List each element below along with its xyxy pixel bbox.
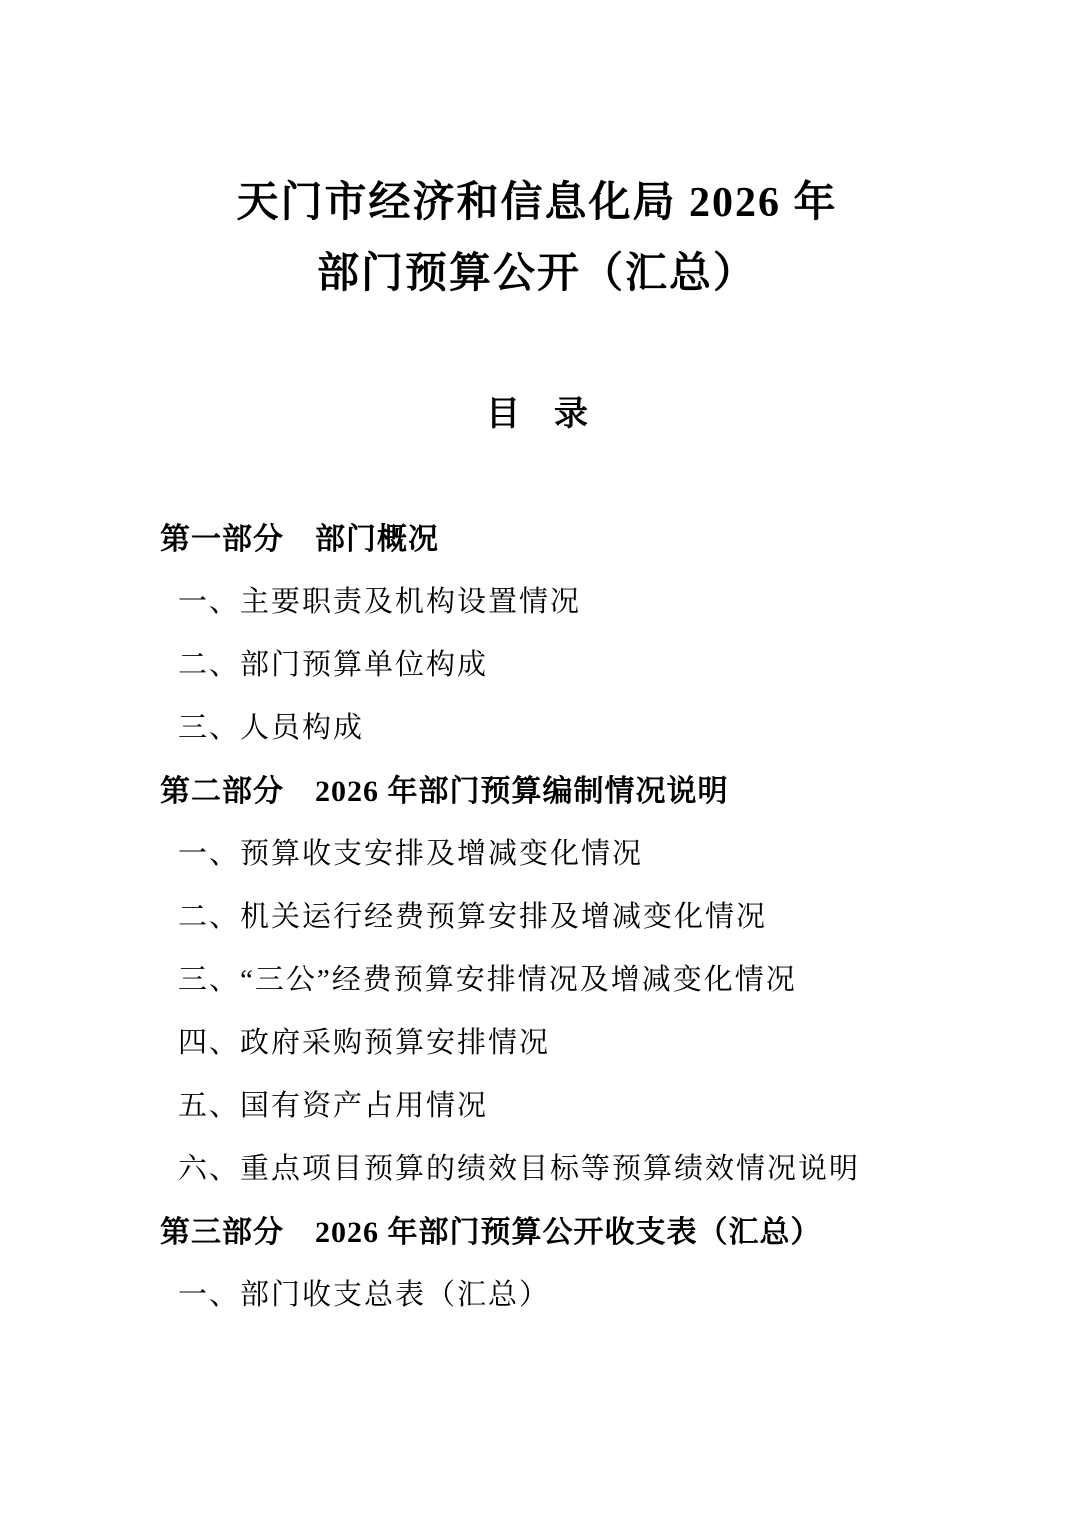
document-title-line1: 天门市经济和信息化局 2026 年 [0, 168, 1074, 239]
section-heading-1: 第一部分 部门概况 [160, 508, 1004, 571]
document-title: 天门市经济和信息化局 2026 年 部门预算公开（汇总） [0, 168, 1074, 310]
toc-item: 三、人员构成 [160, 697, 1004, 760]
toc-item: 一、主要职责及机构设置情况 [160, 571, 1004, 634]
section-heading-3: 第三部分 2026 年部门预算公开收支表（汇总） [160, 1201, 1004, 1264]
section-heading-2: 第二部分 2026 年部门预算编制情况说明 [160, 760, 1004, 823]
toc-item: 一、部门收支总表（汇总） [160, 1264, 1004, 1327]
document-title-line2: 部门预算公开（汇总） [0, 239, 1074, 310]
toc-item: 二、机关运行经费预算安排及增减变化情况 [160, 886, 1004, 949]
toc-item: 五、国有资产占用情况 [160, 1075, 1004, 1138]
toc-item: 二、部门预算单位构成 [160, 634, 1004, 697]
toc-sections: 第一部分 部门概况一、主要职责及机构设置情况二、部门预算单位构成三、人员构成第二… [160, 508, 1004, 1327]
document-page: 天门市经济和信息化局 2026 年 部门预算公开（汇总） 目 录 第一部分 部门… [0, 0, 1074, 1520]
toc-item: 一、预算收支安排及增减变化情况 [160, 823, 1004, 886]
toc-item: 四、政府采购预算安排情况 [160, 1012, 1004, 1075]
toc-item: 三、“三公”经费预算安排情况及增减变化情况 [160, 949, 1004, 1012]
toc-item: 六、重点项目预算的绩效目标等预算绩效情况说明 [160, 1138, 1004, 1201]
toc-heading: 目 录 [0, 390, 1074, 440]
